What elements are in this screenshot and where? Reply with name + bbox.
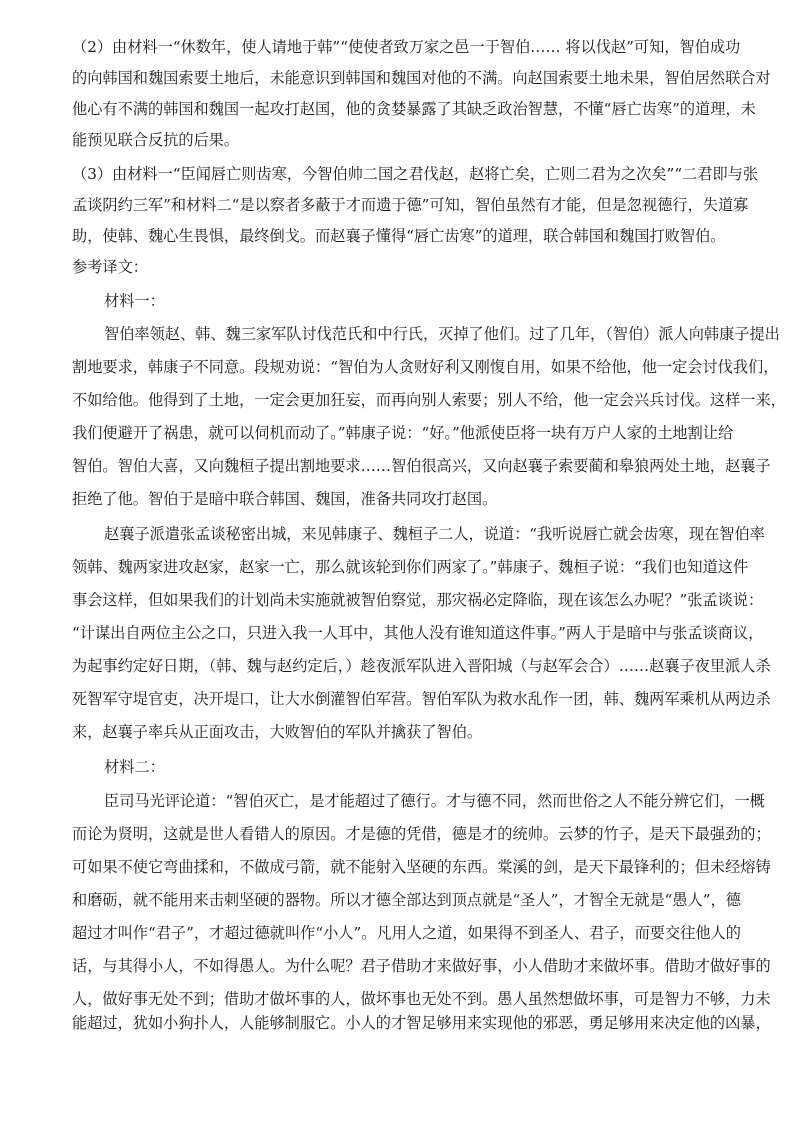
analysis-item-3-line-2: 孟谈阴约三军”和材料二“是以察者多蔽于才而遗于德”可知，智伯虽然有才能，但是忽视… — [72, 194, 724, 216]
material-2-p1-line-4: 和磨砺，就不能用来击刺坚硬的器物。所以才德全部达到顶点就是“圣人”，才智全无就是… — [72, 889, 724, 911]
material-2-p1-line-3: 可如果不使它弯曲揉和，不做成弓箭，就不能射入坚硬的东西。棠溪的剑，是天下最锋利的… — [72, 856, 724, 878]
material-1-p2-line-5: 为起事约定好日期，（韩、魏与赵约定后，）趁夜派军队进入晋阳城（与赵军会合）……赵… — [72, 655, 724, 677]
analysis-item-2-line-4: 能预见联合反抗的后果。 — [72, 129, 724, 151]
material-1-p1-line-2: 割地要求，韩康子不同意。段规劝说：“智伯为人贪财好利又刚愎自用，如果不给他，他一… — [72, 356, 724, 378]
material-2-p1-line-2: 而论为贤明，这就是世人看错人的原因。才是德的凭借，德是才的统帅。云梦的竹子，是天… — [72, 823, 724, 845]
analysis-item-2-line-3: 他心有不满的韩国和魏国一起攻打赵国，他的贪婪暴露了其缺乏政治智慧，不懂“唇亡齿寒… — [72, 98, 724, 120]
analysis-item-3-line-1: （3）由材料一“臣闻唇亡则齿寒，今智伯帅二国之君伐赵，赵将亡矣，亡则二君为之次矣… — [72, 163, 724, 185]
analysis-item-3-line-3: 助，使韩、魏心生畏惧，最终倒戈。而赵襄子懂得“唇亡齿寒”的道理，联合韩国和魏国打… — [72, 225, 724, 247]
translation-heading: 参考译文： — [72, 256, 724, 278]
material-2-p1-line-1: 臣司马光评论道：“智伯灭亡，是才能超过了德行。才与德不同，然而世俗之人不能分辨它… — [104, 790, 724, 812]
analysis-item-2-line-1: （2）由材料一“休数年，使人请地于韩”“使使者致万家之邑一于智伯…… 将以伐赵”… — [72, 36, 724, 58]
material-2-p1-line-6: 话，与其得小人，不如得愚人。为什么呢？君子借助才来做好事，小人借助才来做坏事。借… — [72, 955, 724, 977]
document-page: （2）由材料一“休数年，使人请地于韩”“使使者致万家之邑一于智伯…… 将以伐赵”… — [0, 0, 800, 1131]
material-1-title: 材料一： — [104, 290, 724, 312]
material-1-p1-line-1: 智伯率领赵、韩、魏三家军队讨伐范氏和中行氏，灭掉了他们。过了几年，（智伯）派人向… — [104, 323, 724, 345]
material-1-p1-line-5: 智伯。智伯大喜，又向魏桓子提出割地要求……智伯很高兴，又向赵襄子索要蔺和皋狼两处… — [72, 455, 724, 477]
material-1-p1-line-6: 拒绝了他。智伯于是暗中联合韩国、魏国，准备共同攻打赵国。 — [72, 488, 724, 510]
material-2-p1-line-7: 人，做好事无处不到；借助才做坏事的人，做坏事也无处不到。愚人虽然想做坏事，可是智… — [72, 988, 724, 1010]
material-1-p2-line-6: 死智军守堤官吏，决开堤口，让大水倒灌智伯军营。智伯军队为救水乱作一团，韩、魏两军… — [72, 688, 724, 710]
material-1-p2-line-3: 事会这样，但如果我们的计划尚未实施就被智伯察觉，那灾祸必定降临，现在该怎么办呢？… — [72, 589, 724, 611]
material-1-p1-line-4: 我们便避开了祸患，就可以伺机而动了。”韩康子说：“好。”他派使臣将一块有万户人家… — [72, 422, 724, 444]
material-1-p1-line-3: 不如给他。他得到了土地，一定会更加狂妄，而再向别人索要；别人不给，他一定会兴兵讨… — [72, 389, 724, 411]
material-2-p1-line-8: 能超过，犹如小狗扑人，人能够制服它。小人的才智足够用来实现他的邪恶，勇足够用来决… — [72, 1012, 724, 1034]
material-1-p2-line-1: 赵襄子派遣张孟谈秘密出城，来见韩康子、魏桓子二人，说道：“我听说唇亡就会齿寒，现… — [104, 523, 724, 545]
material-1-p2-line-2: 领韩、魏两家进攻赵家，赵家一亡，那么就该轮到你们两家了。”韩康子、魏桓子说：“我… — [72, 556, 724, 578]
material-2-p1-line-5: 超过才叫作“君子”，才超过德就叫作“小人”。凡用人之道，如果得不到圣人、君子，而… — [72, 922, 724, 944]
analysis-item-2-line-2: 的向韩国和魏国索要土地后，未能意识到韩国和魏国对他的不满。向赵国索要土地未果，智… — [72, 67, 724, 89]
material-2-title: 材料二： — [104, 756, 724, 778]
material-1-p2-line-7: 来，赵襄子率兵从正面攻击，大败智伯的军队并擒获了智伯。 — [72, 721, 724, 743]
material-1-p2-line-4: “计谋出自两位主公之口，只进入我一人耳中，其他人没有谁知道这件事。”两人于是暗中… — [72, 622, 724, 644]
